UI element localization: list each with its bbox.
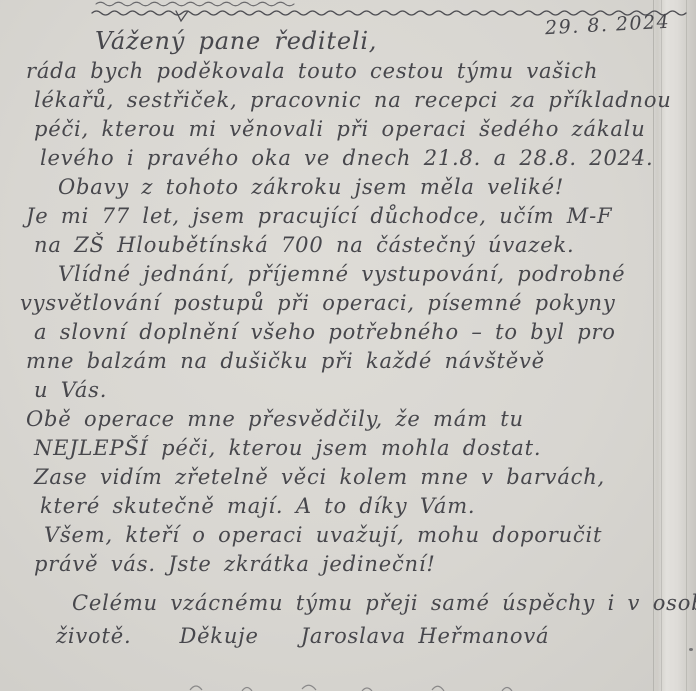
letter-body: Vážený pane řediteli, ráda bych poděkova…: [0, 26, 696, 651]
letter-line: péči, kterou mi věnovali při operaci šed…: [34, 115, 696, 144]
letter-line: ráda bych poděkovala touto cestou týmu v…: [26, 57, 696, 86]
letter-photo: 29. 8. 2024 Vážený pane řediteli, ráda b…: [0, 0, 696, 691]
letter-line: a slovní doplnění všeho potřebného – to …: [34, 318, 696, 347]
letter-line: NEJLEPŠÍ péči, kterou jsem mohla dostat.: [34, 434, 696, 463]
salutation: Vážený pane řediteli,: [95, 26, 696, 57]
letter-line: u Vás.: [34, 376, 696, 405]
letter-line: Je mi 77 let, jsem pracující důchodce, u…: [26, 202, 696, 231]
letter-line: které skutečně mají. A to díky Vám.: [40, 492, 696, 521]
signature-name: Jaroslava Heřmanová: [301, 624, 550, 648]
letter-line: Vlídné jednání, příjemné vystupování, po…: [58, 260, 696, 289]
partial-next-line: [0, 683, 696, 691]
letter-line: Celému vzácnému týmu přeji samé úspěchy …: [72, 589, 696, 618]
letter-line: mne balzám na dušičku při každé návštěvě: [26, 347, 696, 376]
letter-line: na ZŠ Hloubětínská 700 na částečný úvaze…: [34, 231, 696, 260]
letter-line: Obě operace mne přesvědčily, že mám tu: [26, 405, 696, 434]
ink-speck: [689, 648, 693, 651]
letter-line: levého i pravého oka ve dnech 21.8. a 28…: [40, 144, 696, 173]
closing-word: životě.: [56, 624, 131, 648]
farewell: Děkuje: [179, 624, 258, 648]
letter-line: Obavy z tohoto zákroku jsem měla veliké!: [58, 173, 696, 202]
letter-line: lékařů, sestřiček, pracovnic na recepci …: [34, 86, 696, 115]
letter-line: právě vás. Jste zkrátka jedineční!: [34, 550, 696, 579]
letter-line: Zase vidím zřetelně věci kolem mne v bar…: [34, 463, 696, 492]
closing-line: životě.DěkujeJaroslava Heřmanová: [56, 622, 696, 651]
letter-line: Všem, kteří o operaci uvažují, mohu dopo…: [44, 521, 696, 550]
letter-line: vysvětlování postupů při operaci, písemn…: [20, 289, 696, 318]
